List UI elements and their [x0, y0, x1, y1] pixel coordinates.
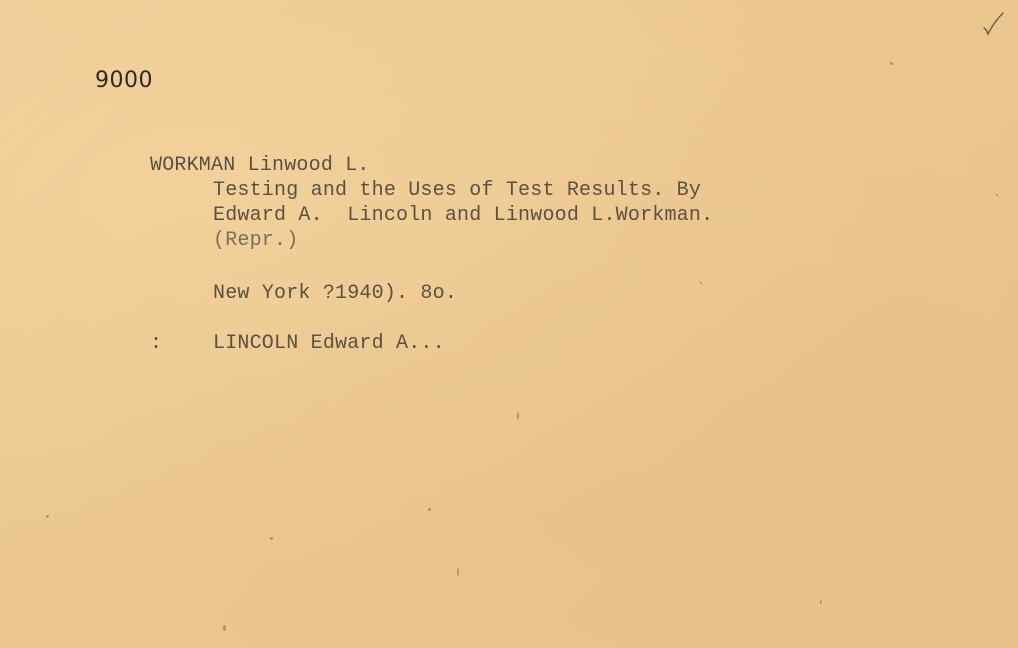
paper-speck — [820, 600, 822, 604]
title-statement-line: Edward A. Lincoln and Linwood L.Workman. — [213, 203, 713, 228]
tracing-marker: : — [150, 331, 162, 356]
paper-speck — [46, 515, 49, 518]
paper-speck — [700, 282, 702, 284]
main-entry-heading: WORKMAN Linwood L. — [150, 153, 370, 178]
check-mark-icon — [980, 10, 1006, 38]
paper-speck — [996, 194, 998, 196]
title-statement-line: Testing and the Uses of Test Results. By — [213, 178, 701, 203]
paper-speck — [517, 412, 519, 420]
imprint: New York ?1940). 8o. — [213, 281, 457, 306]
added-entry-tracing: LINCOLN Edward A... — [213, 331, 445, 356]
paper-speck — [428, 508, 431, 511]
call-number: 9000 — [95, 68, 153, 93]
paper-speck — [457, 568, 459, 576]
paper-speck — [223, 625, 226, 631]
paper-speck — [270, 537, 273, 540]
title-statement-line: (Repr.) — [213, 228, 298, 253]
paper-speck — [890, 62, 893, 65]
catalog-card: 9000 WORKMAN Linwood L. Testing and the … — [0, 0, 1018, 648]
